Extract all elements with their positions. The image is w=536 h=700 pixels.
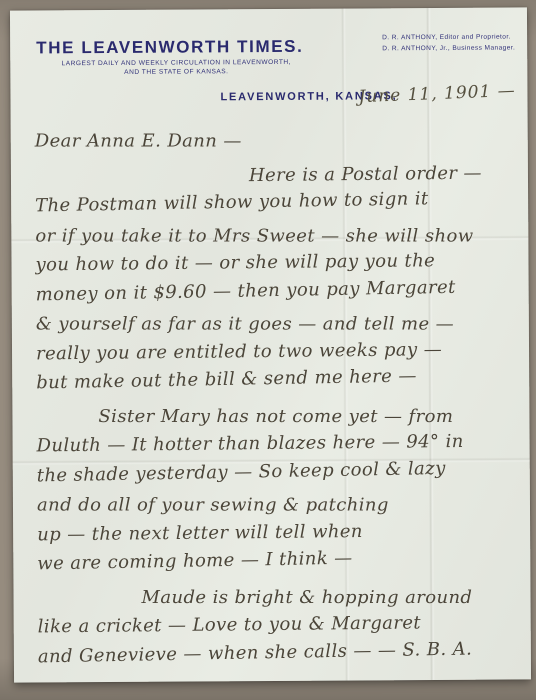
letterhead-editor-line: D. R. ANTHONY, Editor and Proprietor. bbox=[382, 31, 532, 43]
letter-paper: THE LEAVENWORTH TIMES. LARGEST DAILY AND… bbox=[10, 7, 531, 682]
body-line: The Postman will show you how to sign it bbox=[35, 183, 513, 221]
handwritten-date: June 11, 1901 — bbox=[358, 81, 516, 107]
letterhead-title: THE LEAVENWORTH TIMES. bbox=[36, 37, 303, 59]
handwritten-body: Dear Anna E. Dann — Here is a Postal ord… bbox=[35, 124, 516, 672]
letterhead-manager-line: D. R. ANTHONY, Jr., Business Manager. bbox=[382, 42, 532, 54]
salutation: Dear Anna E. Dann — bbox=[35, 126, 513, 156]
letterhead-subtitle-line1: LARGEST DAILY AND WEEKLY CIRCULATION IN … bbox=[36, 59, 316, 69]
letterhead-subtitle-line2: AND THE STATE OF KANSAS. bbox=[36, 67, 316, 77]
letterhead-publisher-block: D. R. ANTHONY, Editor and Proprietor. D.… bbox=[382, 31, 532, 54]
letterhead-subtitle: LARGEST DAILY AND WEEKLY CIRCULATION IN … bbox=[36, 59, 316, 78]
scanned-letter-page: { "scan": { "backing_color": "#968c7f", … bbox=[0, 0, 536, 700]
